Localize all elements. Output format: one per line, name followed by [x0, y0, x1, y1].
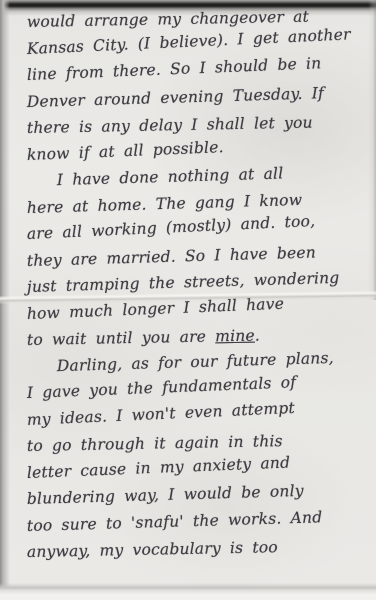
- line-text: Denver around evening Tuesday. If: [27, 84, 325, 111]
- underlined-word: mine: [215, 327, 255, 346]
- line-text: how much longer I shall have: [27, 294, 285, 322]
- line-text: they are married. So I have been: [27, 243, 317, 270]
- paper-bottom-edge: [0, 583, 376, 600]
- line-text: anyway, my vocabulary is too: [27, 538, 278, 561]
- line-text: I have done nothing at all: [57, 164, 284, 189]
- line-text: to wait until you are: [27, 327, 216, 349]
- line-text: too sure to 'snafu' the works. And: [27, 508, 323, 535]
- letter-scan: would arrange my changeover atKansas Cit…: [0, 0, 376, 600]
- line-text: .: [255, 327, 260, 345]
- line-text: blundering way, I would be only: [27, 482, 304, 508]
- handwriting-block: would arrange my changeover atKansas Cit…: [0, 9, 376, 566]
- line-text: know if at all possible.: [27, 138, 224, 164]
- handwriting-line: anyway, my vocabulary is too: [27, 532, 376, 565]
